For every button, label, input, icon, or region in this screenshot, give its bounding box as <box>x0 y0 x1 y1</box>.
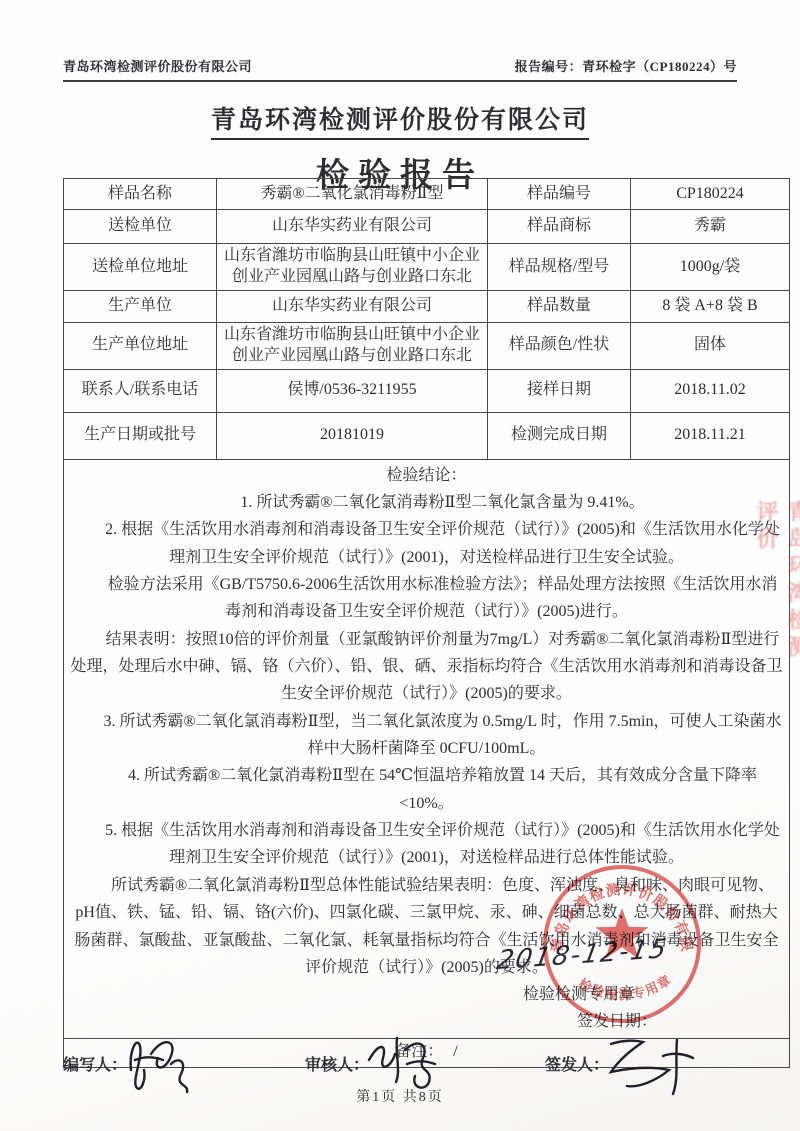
stamp-caption: 检验检测专用章 <box>70 981 783 1008</box>
report-page: 青岛环湾检测评价股份有限公司 报告编号：青环检字（CP180224）号 青岛环湾… <box>0 0 800 1131</box>
label-producer-address: 生产单位地址 <box>64 323 217 370</box>
conclusion-paragraph: 4. 所试秀霸®二氧化氯消毒粉Ⅱ型在 54℃恒温培养箱放置 14 天后，其有效成… <box>70 762 783 817</box>
header-report-number: 报告编号：青环检字（CP180224）号 <box>515 56 737 75</box>
table-row: 联系人/联系电话 侯博/0536-3211955 接样日期 2018.11.02 <box>64 369 790 412</box>
value-producer: 山东华实药业有限公司 <box>217 291 488 323</box>
conclusion-heading: 检验结论： <box>70 462 783 489</box>
value-submitting-unit: 山东华实药业有限公司 <box>217 210 488 244</box>
value-sample-number: CP180224 <box>631 179 790 210</box>
page-number: 第1页 共8页 <box>0 1086 800 1106</box>
conclusion-paragraph: 1. 所试秀霸®二氧化氯消毒粉Ⅱ型二氧化氯含量为 9.41%。 <box>70 489 783 516</box>
label-submitting-address: 送检单位地址 <box>64 244 217 291</box>
conclusion-paragraph: 2. 根据《生活饮用水消毒剂和消毒设备卫生安全评价规范（试行）》(2005)和《… <box>70 516 783 571</box>
value-trademark: 秀霸 <box>631 210 790 244</box>
sample-info-table: 样品名称 秀霸®二氧化氯消毒粉Ⅱ型 样品编号 CP180224 送检单位 山东华… <box>63 178 790 1068</box>
value-submitting-address: 山东省潍坊市临朐县山旺镇中小企业创业产业园凰山路与创业路口东北 <box>217 244 488 291</box>
table-row: 检验结论： 1. 所试秀霸®二氧化氯消毒粉Ⅱ型二氧化氯含量为 9.41%。 2.… <box>64 459 790 1038</box>
issuer-label: 签发人： <box>545 1057 609 1074</box>
label-contact: 联系人/联系电话 <box>64 369 217 412</box>
issuer-signature-group: 签发人： <box>545 1052 609 1075</box>
value-receive-date: 2018.11.02 <box>631 369 790 412</box>
label-spec-model: 样品规格/型号 <box>488 244 631 291</box>
conclusion-paragraph: 所试秀霸®二氧化氯消毒粉Ⅱ型总体性能试验结果表明：色度、浑浊度、臭和味、肉眼可见… <box>70 872 783 981</box>
label-production-date: 生产日期或批号 <box>64 412 217 459</box>
value-producer-address: 山东省潍坊市临朐县山旺镇中小企业创业产业园凰山路与创业路口东北 <box>217 323 488 370</box>
writer-label: 编写人： <box>63 1057 127 1074</box>
value-contact: 侯博/0536-3211955 <box>217 369 488 412</box>
value-sample-name: 秀霸®二氧化氯消毒粉Ⅱ型 <box>217 179 488 210</box>
header-company-name: 青岛环湾检测评价股份有限公司 <box>63 56 252 75</box>
label-sample-number: 样品编号 <box>488 179 631 210</box>
table-row: 送检单位 山东华实药业有限公司 样品商标 秀霸 <box>64 210 790 244</box>
label-sample-name: 样品名称 <box>64 179 217 210</box>
table-row: 生产日期或批号 20181019 检测完成日期 2018.11.21 <box>64 412 790 459</box>
label-receive-date: 接样日期 <box>488 369 631 412</box>
label-trademark: 样品商标 <box>488 210 631 244</box>
label-completion-date: 检测完成日期 <box>488 412 631 459</box>
conclusion-body: 1. 所试秀霸®二氧化氯消毒粉Ⅱ型二氧化氯含量为 9.41%。 2. 根据《生活… <box>70 489 783 981</box>
conclusion-paragraph: 5. 根据《生活饮用水消毒剂和消毒设备卫生安全评价规范（试行）》(2005)和《… <box>70 817 783 872</box>
reviewer-signature-group: 审核人： <box>305 1052 369 1075</box>
reviewer-label: 审核人： <box>305 1057 369 1074</box>
conclusion-paragraph: 检验方法采用《GB/T5750.6-2006生活饮用水标准检验方法》；样品处理方… <box>70 571 783 626</box>
label-submitting-unit: 送检单位 <box>64 210 217 244</box>
value-production-date: 20181019 <box>217 412 488 459</box>
label-color-character: 样品颜色/性状 <box>488 323 631 370</box>
table-row: 生产单位 山东华实药业有限公司 样品数量 8 袋 A+8 袋 B <box>64 291 790 323</box>
value-quantity: 8 袋 A+8 袋 B <box>631 291 790 323</box>
table-row: 生产单位地址 山东省潍坊市临朐县山旺镇中小企业创业产业园凰山路与创业路口东北 样… <box>64 323 790 370</box>
label-quantity: 样品数量 <box>488 291 631 323</box>
writer-signature-group: 编写人： <box>63 1052 127 1075</box>
page-header: 青岛环湾检测评价股份有限公司 报告编号：青环检字（CP180224）号 <box>63 56 737 82</box>
conclusion-cell: 检验结论： 1. 所试秀霸®二氧化氯消毒粉Ⅱ型二氧化氯含量为 9.41%。 2.… <box>64 459 790 1038</box>
sign-date-label: 签发日期： <box>577 1013 657 1030</box>
table-row: 样品名称 秀霸®二氧化氯消毒粉Ⅱ型 样品编号 CP180224 <box>64 179 790 210</box>
value-color-character: 固体 <box>631 323 790 370</box>
conclusion-paragraph: 3. 所试秀霸®二氧化氯消毒粉Ⅱ型，当二氧化氯浓度为 0.5mg/L 时，作用 … <box>70 708 783 763</box>
table-row: 送检单位地址 山东省潍坊市临朐县山旺镇中小企业创业产业园凰山路与创业路口东北 样… <box>64 244 790 291</box>
value-completion-date: 2018.11.21 <box>631 412 790 459</box>
conclusion-paragraph: 结果表明：按照10倍的评价剂量（亚氯酸钠评价剂量为7mg/L）对秀霸®二氧化氯消… <box>70 626 783 708</box>
value-spec-model: 1000g/袋 <box>631 244 790 291</box>
company-title: 青岛环湾检测评价股份有限公司 <box>211 100 589 140</box>
label-producer: 生产单位 <box>64 291 217 323</box>
